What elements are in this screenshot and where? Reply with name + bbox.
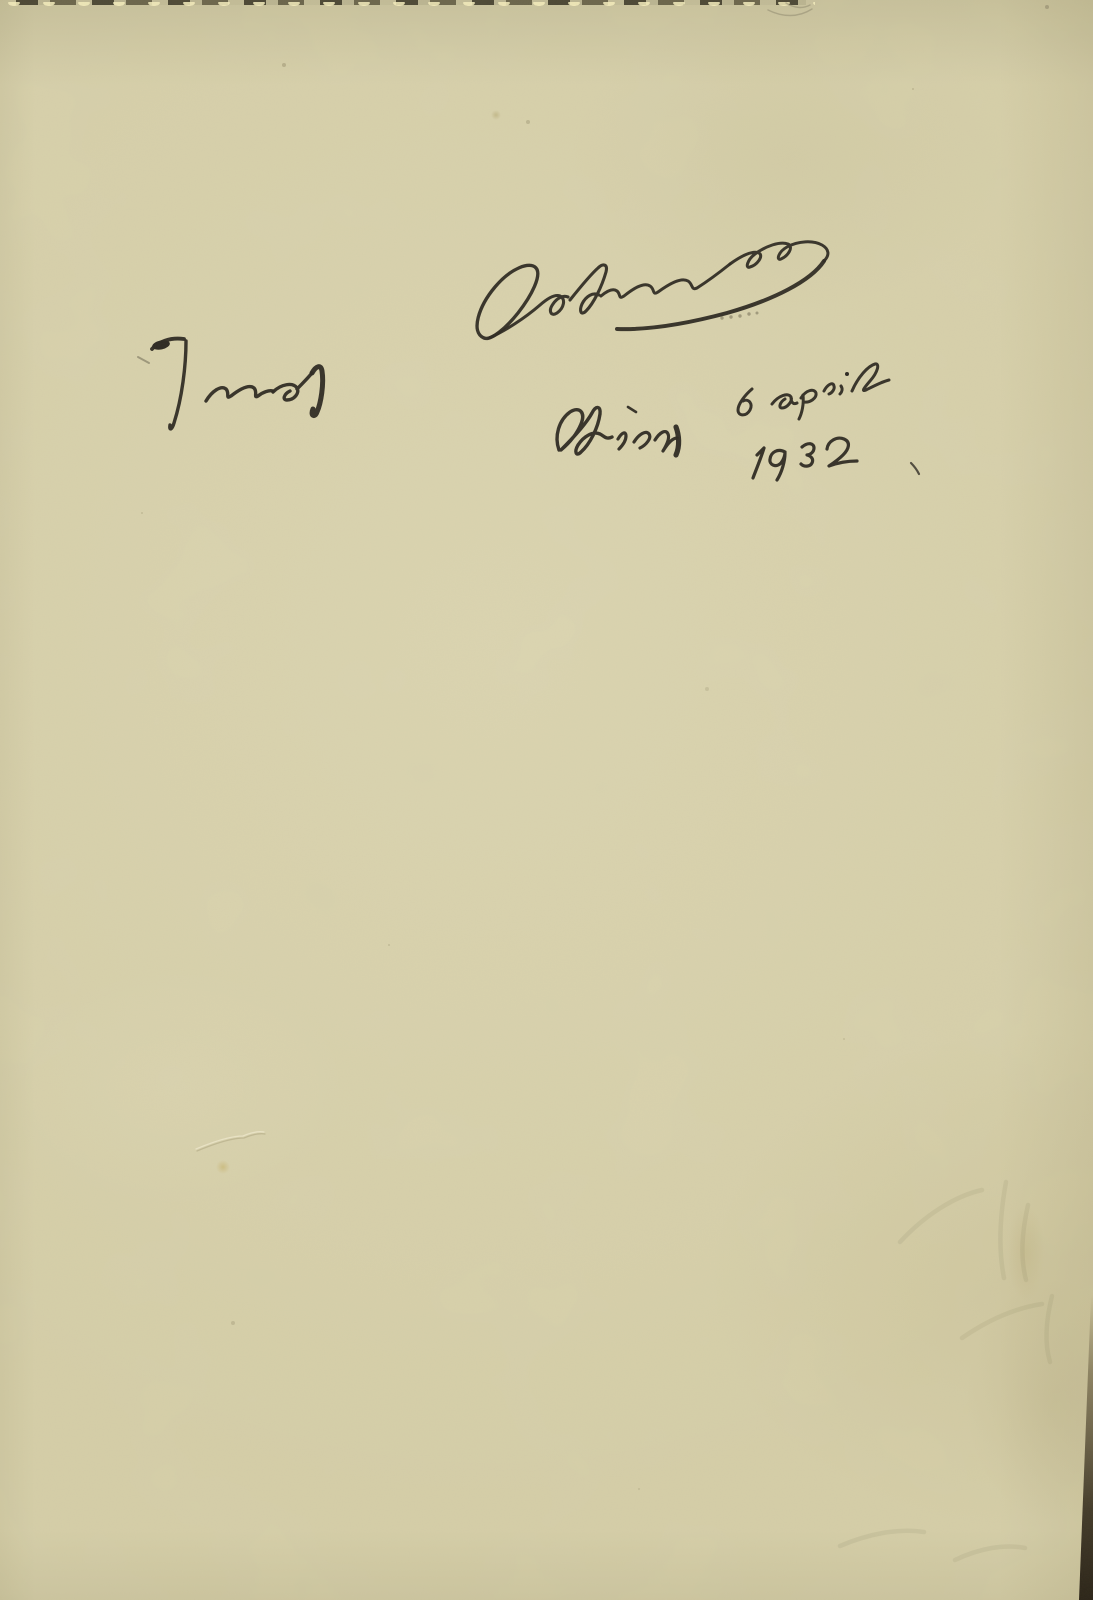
- stroke-i2: [840, 386, 842, 394]
- stroke-a: [273, 373, 312, 400]
- stroke-n: [655, 432, 677, 451]
- place-date-line: [557, 364, 889, 455]
- year-line: [753, 438, 919, 480]
- stroke-p: [799, 390, 816, 419]
- paper-stain-spot: [216, 1160, 230, 1174]
- stroke-n-final-bold: [676, 427, 679, 455]
- ghost-mark: [1022, 1205, 1028, 1280]
- faint-ink-dots: [720, 312, 758, 320]
- ghost-mark: [1000, 1182, 1006, 1278]
- grain-mottle: [0, 0, 1093, 1600]
- torn-top-edge-highlight: [0, 2, 815, 13]
- paper-stain-streak: [1000, 1185, 1052, 1320]
- grain-fine: [0, 0, 1093, 1600]
- paper-tone-patch: [930, 1230, 1093, 1570]
- stroke-r: [824, 384, 834, 394]
- stroke-i-descender: [170, 341, 186, 429]
- stroke-digit-1: [753, 448, 764, 478]
- handwriting-layer: [0, 0, 1093, 1600]
- ghost-mark: [1046, 1296, 1052, 1362]
- paper-crease: [196, 1132, 265, 1151]
- stroke-en-loops: [730, 242, 828, 267]
- ghost-mark: [840, 1531, 924, 1546]
- paper-fly-specks: [0, 0, 2, 2]
- stroke-rowe-run: [601, 264, 730, 297]
- ghost-mark: [955, 1547, 1025, 1561]
- stroke-i-accent: [628, 407, 636, 412]
- stroke-underline-flourish: [617, 261, 824, 329]
- stroke-y-final: [312, 367, 323, 416]
- stroke-digit-2: [827, 438, 857, 466]
- stroke-e: [634, 432, 650, 448]
- stroke-a2: [772, 395, 797, 408]
- stroke-i2-dot: [845, 372, 849, 376]
- stroke-i-topbar: [152, 339, 184, 349]
- stroke-i: [618, 433, 626, 449]
- stroke-l: [852, 364, 889, 391]
- crease-highlight: [196, 1132, 264, 1149]
- adjacent-page-edge-shadow: [1079, 1295, 1093, 1600]
- bleedthrough-ghost-marks: [840, 1182, 1052, 1560]
- faint-pen-dash: [138, 357, 149, 363]
- signature-dobrowen: [477, 242, 828, 339]
- ghost-mark: [900, 1190, 982, 1242]
- paper-stain-spot: [491, 110, 501, 120]
- stroke-d-oval: [477, 265, 538, 338]
- stroke-digit-6: [738, 389, 752, 415]
- crease-shadow: [197, 1134, 265, 1151]
- stray-pen-tick: [911, 463, 919, 474]
- paper-grain-overlay: [0, 0, 1093, 1600]
- ghost-mark: [962, 1304, 1042, 1338]
- ink-blob: [151, 339, 170, 352]
- signature-issay: [138, 339, 323, 429]
- stroke-digit-9: [770, 450, 785, 480]
- stroke-b-ascender: [570, 265, 606, 313]
- stroke-w: [557, 407, 612, 454]
- stroke-ob: [489, 295, 568, 338]
- stroke-ss: [206, 387, 273, 401]
- stroke-digit-3: [801, 444, 814, 466]
- scanned-page: Issay Dobrowen Wien 6 april 1932: [0, 0, 1093, 1600]
